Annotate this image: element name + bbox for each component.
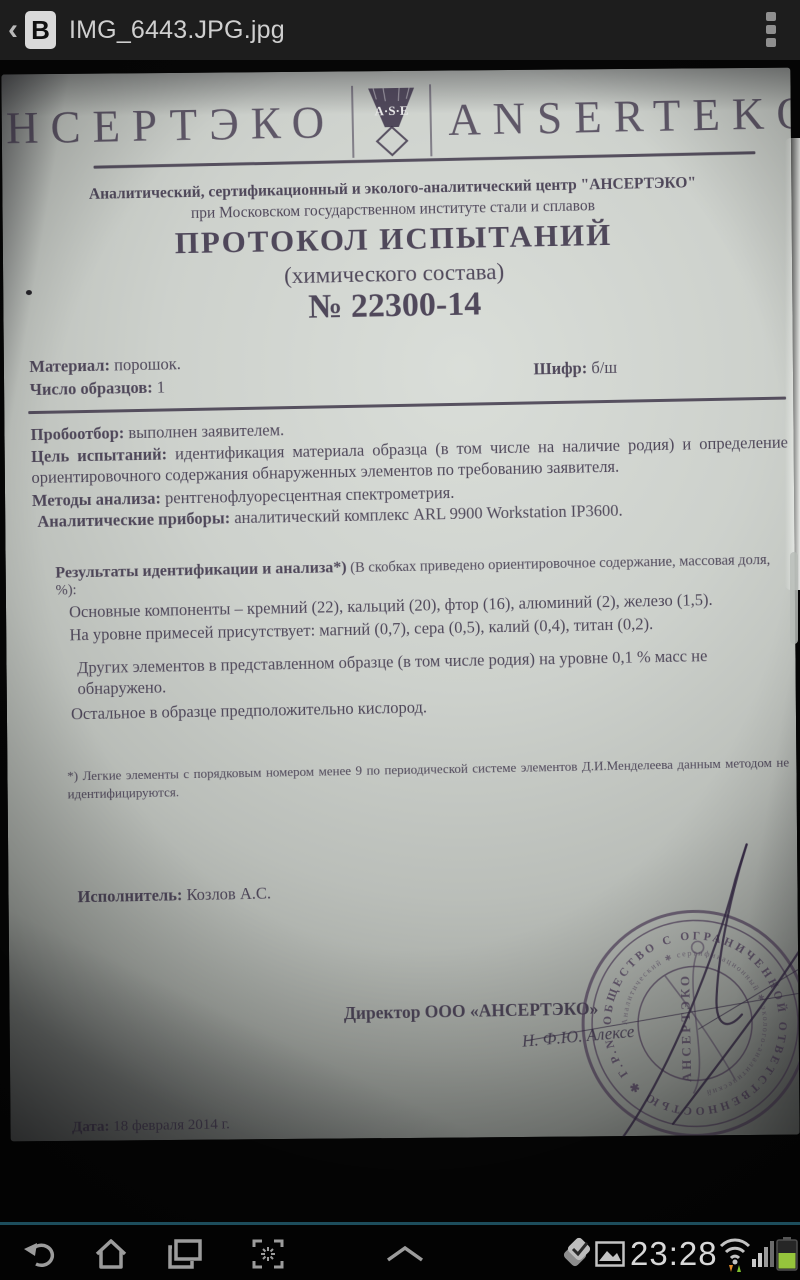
status-clock: 23:28 xyxy=(630,1235,718,1273)
results-oxygen: Остальное в образце предположительно кис… xyxy=(71,697,427,725)
executor-label: Исполнитель: xyxy=(77,885,182,906)
samples-field: Число образцов: 1 xyxy=(30,376,166,400)
paper-edge-highlight xyxy=(785,138,800,590)
overflow-dot xyxy=(766,25,776,34)
results-label: Результаты идентификации и анализа*) xyxy=(55,559,347,582)
status-screenshot-image-icon xyxy=(595,1241,625,1267)
overflow-menu-icon[interactable] xyxy=(766,12,776,47)
purpose-label: Цель испытаний: xyxy=(31,444,167,466)
recent-apps-icon[interactable] xyxy=(166,1237,204,1271)
samples-value: 1 xyxy=(157,377,166,396)
scrollbar-thumb[interactable] xyxy=(790,552,798,644)
sampling-value: выполнен заявителем. xyxy=(128,420,284,442)
material-field: Материал: порошок. xyxy=(29,353,181,377)
overflow-dot xyxy=(766,38,776,47)
back-icon[interactable] xyxy=(22,1237,58,1271)
letterhead: АНСЕРТЭКО A·S·E ANSERTEKO xyxy=(1,78,786,165)
logo-ase-text: A·S·E xyxy=(375,103,409,119)
stamp-and-signature: ОБЩЕСТВО С ОГРАНИЧЕННОЙ ОТВЕТСТВЕННОСТЬЮ… xyxy=(462,823,799,1141)
signature-name: Н. Ф.Ю. Алексе xyxy=(520,1022,635,1051)
date-value: 18 февраля 2014 г. xyxy=(113,1116,230,1134)
methods-label: Методы анализа: xyxy=(32,489,161,510)
footnote: *) Легкие элементы с порядковым номером … xyxy=(67,754,790,804)
signal-strength-icon xyxy=(752,1239,778,1269)
cipher-label: Шифр: xyxy=(533,358,587,378)
brand-latin: ANSERTEKO xyxy=(448,87,800,146)
results-other-elements: Других элементов в представленном образц… xyxy=(77,643,797,699)
executor-field: Исполнитель: Козлов А.С. xyxy=(77,883,271,908)
sampling-label: Пробоотбор: xyxy=(30,423,124,444)
paper-speck xyxy=(26,290,32,295)
order-value: 74-14 xyxy=(162,1137,194,1141)
material-value: порошок. xyxy=(114,354,181,374)
battery-status-icon xyxy=(776,1237,798,1271)
wifi-down-arrow xyxy=(729,1265,733,1272)
cipher-field: Шифр: б/ш xyxy=(533,357,617,380)
photo-viewer-canvas[interactable]: АНСЕРТЭКО A·S·E ANSERTEKO Аналитический, xyxy=(0,60,800,1222)
wifi-status-icon xyxy=(718,1234,752,1274)
status-check-badge-icon xyxy=(560,1236,594,1272)
app-bar: ‹ B IMG_6443.JPG.jpg xyxy=(0,0,800,60)
order-label: Номер заказа: xyxy=(72,1138,159,1142)
overflow-dot xyxy=(766,12,776,21)
image-filename-title: IMG_6443.JPG.jpg xyxy=(69,16,285,45)
screen-capture-icon[interactable] xyxy=(250,1237,286,1271)
chevron-up-icon[interactable] xyxy=(384,1244,426,1264)
company-logo-icon: A·S·E xyxy=(351,84,432,158)
section-rule xyxy=(28,397,786,414)
executor-value: Козлов А.С. xyxy=(186,884,271,905)
material-label: Материал: xyxy=(29,356,110,377)
document-content: АНСЕРТЭКО A·S·E ANSERTEKO Аналитический, xyxy=(1,68,799,1142)
system-nav-bar: 23:28 xyxy=(0,1222,800,1280)
wifi-up-arrow xyxy=(737,1265,741,1272)
cipher-value: б/ш xyxy=(591,358,617,377)
document-paper: АНСЕРТЭКО A·S·E ANSERTEKO Аналитический, xyxy=(1,68,799,1142)
home-icon[interactable] xyxy=(93,1237,129,1271)
back-chevron-icon[interactable]: ‹ xyxy=(8,0,18,60)
date-label: Дата: xyxy=(72,1119,110,1136)
brand-cyrillic: АНСЕРТЭКО xyxy=(1,96,336,155)
date-field: Дата: 18 февраля 2014 г. xyxy=(72,1116,230,1136)
stamp-center-text: АНСЕРТЭКО xyxy=(677,973,694,1083)
instruments-label: Аналитические приборы: xyxy=(37,508,230,531)
app-icon[interactable]: B xyxy=(25,11,56,49)
order-field: Номер заказа: 74-14 xyxy=(72,1137,193,1141)
screen: { "app_bar": { "back": "‹", "app_letter"… xyxy=(0,0,800,1280)
samples-label: Число образцов: xyxy=(30,378,153,399)
